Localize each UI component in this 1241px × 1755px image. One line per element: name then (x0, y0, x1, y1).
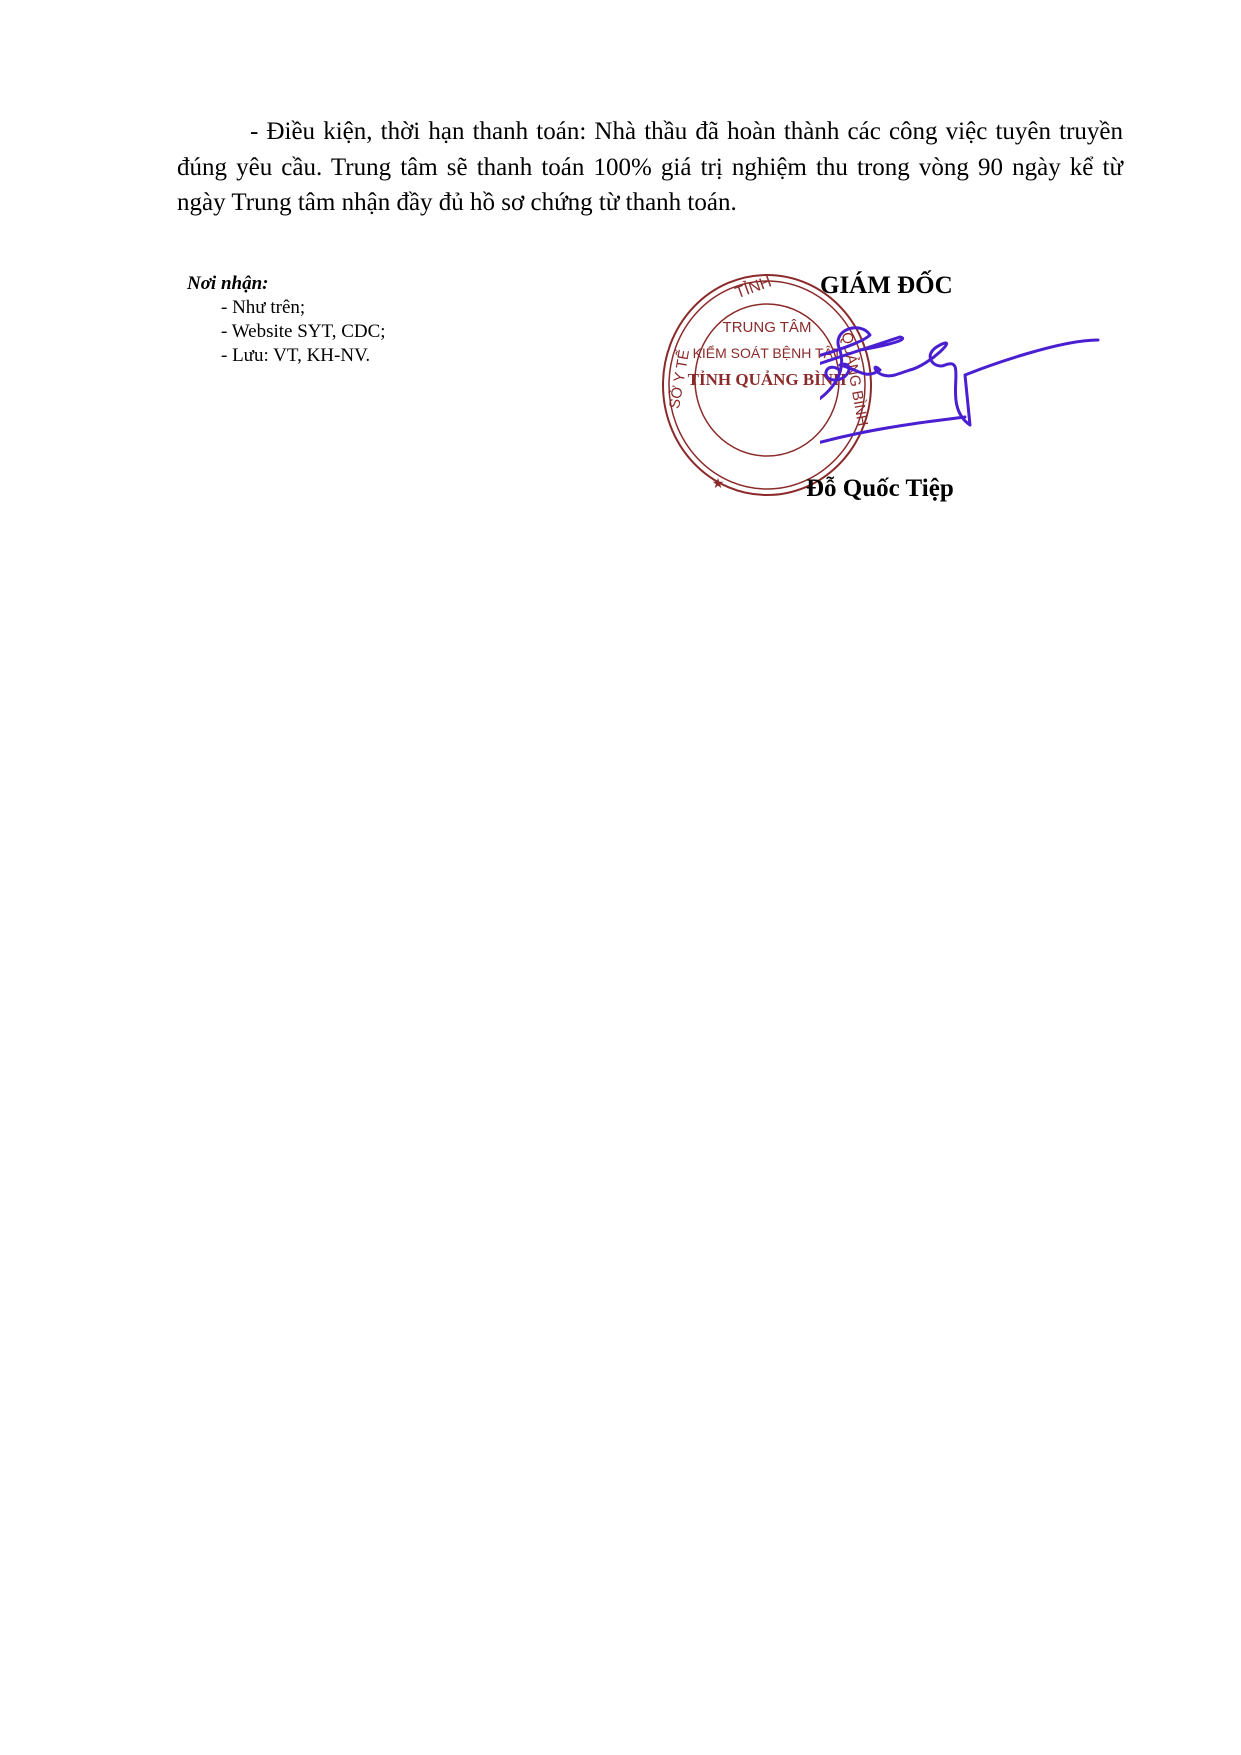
recipients-block: Nơi nhận: - Như trên; - Website SYT, CDC… (187, 272, 386, 368)
signer-name: Đỗ Quốc Tiệp (806, 475, 954, 503)
recipient-item: - Như trên; (187, 296, 386, 320)
recipient-item: - Lưu: VT, KH-NV. (187, 344, 386, 368)
recipient-item: - Website SYT, CDC; (187, 320, 386, 344)
stamp-line1: TRUNG TÂM (723, 319, 812, 336)
handwritten-signature-icon (820, 325, 1130, 475)
star-icon: ★ (712, 475, 725, 491)
signature-title: GIÁM ĐỐC (820, 272, 953, 300)
payment-terms-paragraph: - Điều kiện, thời hạn thanh toán: Nhà th… (177, 114, 1123, 221)
recipients-title: Nơi nhận: (187, 272, 386, 296)
